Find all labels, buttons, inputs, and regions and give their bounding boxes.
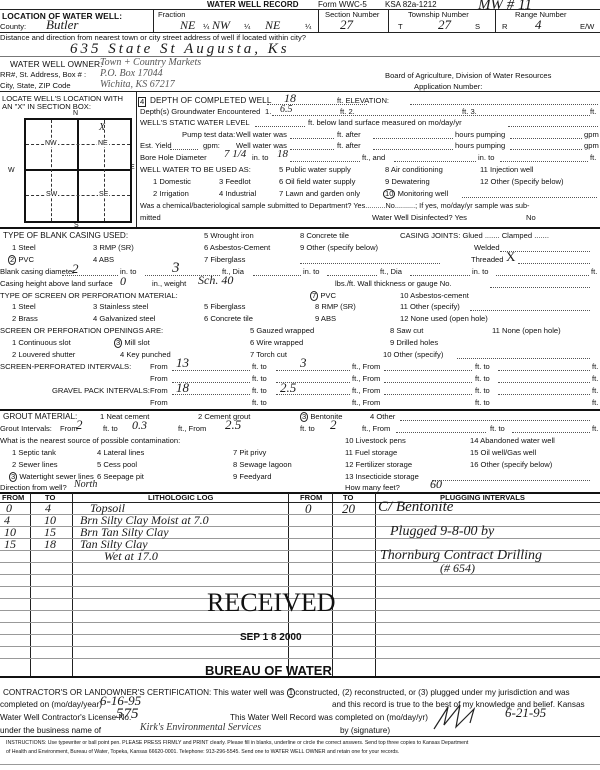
casing-welded: Welded: [474, 244, 500, 252]
gravel-intervals-label: GRAVEL PACK INTERVALS:: [52, 387, 150, 395]
screen-from-2: From: [150, 375, 168, 383]
use-5[interactable]: 5 Public water supply: [279, 166, 351, 174]
grout-intervals-label: Grout Intervals:: [0, 425, 52, 433]
weight-label: in., weight: [152, 280, 186, 288]
gravel-ft-to-1: ft. to: [252, 387, 267, 395]
bore-in-to-2: in. to: [478, 154, 494, 162]
static-unit: ft. below land surface measured on mo/da…: [308, 119, 462, 127]
screen-9[interactable]: 9 ABS: [315, 315, 336, 323]
screen-material-label: TYPE OF SCREEN OR PERFORATION MATERIAL:: [0, 292, 178, 300]
plug-row-1-desc[interactable]: C/ Bentonite: [378, 500, 453, 515]
sample-question-2: mitted: [140, 214, 161, 222]
casing-joints: CASING JOINTS: Glued ....... Clamped ...…: [400, 232, 549, 240]
screen-ft-to-2: ft. to: [252, 375, 267, 383]
depth-label: DEPTH OF COMPLETED WELL: [150, 97, 272, 105]
plug-row-1-from[interactable]: 0: [305, 502, 312, 515]
depth-value[interactable]: 18: [284, 92, 296, 104]
business-label: under the business name of: [0, 727, 101, 735]
contam-9[interactable]: 9 Feedyard: [233, 473, 271, 481]
bore-value[interactable]: 7 1/4: [224, 149, 246, 160]
use-10-number: 10: [383, 189, 395, 199]
diameter-ft-dia-2: ft., Dia: [380, 268, 402, 276]
direction-value[interactable]: North: [74, 480, 97, 490]
owner-value[interactable]: Town + Country Markets: [100, 58, 201, 68]
opening-8[interactable]: 8 Saw cut: [390, 327, 423, 335]
casing-threaded[interactable]: Threaded: [471, 256, 504, 264]
openings-label: SCREEN OR PERFORATION OPENINGS ARE:: [0, 327, 163, 335]
range-prefix: R: [502, 23, 507, 31]
static-label: WELL'S STATIC WATER LEVEL: [140, 119, 250, 127]
casing-3[interactable]: 3 RMP (SR): [93, 244, 134, 252]
casing-2-number: 2: [8, 255, 16, 265]
item-4: 4: [138, 97, 146, 107]
quadrant-nw: NW: [44, 140, 58, 147]
contam-7[interactable]: 7 Pit privy: [233, 449, 266, 457]
gw-1-label: 1.: [265, 108, 271, 116]
grout-ft-from: ft., From: [178, 425, 206, 433]
screen-from-1-value[interactable]: 13: [176, 356, 189, 369]
contam-14[interactable]: 14 Abandoned water well: [470, 437, 555, 445]
use-10-label: Monitoring well: [398, 189, 449, 198]
opening-5[interactable]: 5 Gauzed wrapped: [250, 327, 314, 335]
cert-constructed-selected[interactable]: 1: [287, 688, 296, 698]
yield-gpm-end: gpm: [584, 142, 599, 150]
opening-2[interactable]: 2 Louvered shutter: [12, 351, 75, 359]
casing-pvc-selected[interactable]: 2 PVC: [8, 255, 34, 265]
contam-16[interactable]: 16 Other (specify below): [470, 461, 552, 469]
license-value[interactable]: 575: [116, 707, 139, 722]
gw-1-value[interactable]: 6.5: [280, 105, 293, 115]
completed-label: completed on (mo/day/year): [0, 701, 102, 709]
yield-gpm: gpm:: [203, 142, 220, 150]
township-value[interactable]: 27: [438, 18, 451, 31]
casing-1[interactable]: 1 Steel: [12, 244, 36, 252]
business-value[interactable]: Kirk's Environmental Services: [140, 723, 261, 733]
contam-4[interactable]: 4 Lateral lines: [97, 449, 144, 457]
log-header-lithologic: LITHOLOGIC LOG: [148, 494, 213, 502]
opening-4[interactable]: 4 Key punched: [120, 351, 171, 359]
weight-value[interactable]: Sch. 40: [198, 274, 233, 286]
use-2[interactable]: 2 Irrigation: [153, 190, 189, 198]
yield-hours: hours pumping: [455, 142, 505, 150]
sample-question: Was a chemical/bacteriological sample su…: [140, 202, 529, 209]
screen-ft-to-1b: ft. to: [475, 363, 490, 371]
pump-ft-after: ft. after: [337, 131, 361, 139]
screen-12[interactable]: 12 None used (open hole): [400, 315, 488, 323]
grout-ft-to-3: ft. to: [490, 425, 505, 433]
diameter-in-to-3: in. to: [472, 268, 488, 276]
bore-to-value[interactable]: 18: [277, 149, 288, 160]
screen-ft-2: ft.: [592, 375, 598, 383]
gravel-ft-to-1b: ft. to: [475, 387, 490, 395]
pump-label: Pump test data:: [182, 131, 235, 139]
screen-11[interactable]: 11 Other (specify): [400, 303, 460, 311]
address-label: RR#, St. Address, Box # :: [0, 71, 86, 79]
grout-from-1[interactable]: 2: [76, 418, 83, 431]
opening-7[interactable]: 7 Torch cut: [250, 351, 287, 359]
height-label: Casing height above land surface: [0, 280, 113, 288]
screen-1[interactable]: 1 Steel: [12, 303, 36, 311]
screen-6[interactable]: 6 Concrete tile: [204, 315, 253, 323]
county-value[interactable]: Butler: [46, 18, 79, 31]
bore-ft: ft.: [590, 154, 596, 162]
groundwater-label: Depth(s) Groundwater Encountered: [140, 108, 260, 116]
range-value[interactable]: 4: [535, 18, 542, 31]
screen-5[interactable]: 5 Fiberglass: [204, 303, 245, 311]
diameter-in-to-2: in. to: [303, 268, 319, 276]
grout-ft-end: ft.: [592, 425, 598, 433]
contam-11[interactable]: 11 Fuel storage: [345, 449, 397, 457]
form-number: Form WWC-5: [318, 1, 367, 9]
casing-4[interactable]: 4 ABS: [93, 256, 114, 264]
screen-intervals-label: SCREEN-PERFORATED INTERVALS:: [0, 363, 131, 371]
diameter-ft: ft.: [591, 268, 597, 276]
screen-ft-from-1: ft., From: [352, 363, 380, 371]
contam-13[interactable]: 13 Insecticide storage: [345, 473, 419, 481]
quarter-2: ¼: [244, 23, 250, 31]
opening-mill-slot-selected[interactable]: 3 Mill slot: [114, 338, 150, 348]
county-label: County:: [0, 23, 26, 31]
record-completed-label: This Water Well Record was completed on …: [230, 714, 428, 722]
grout-ft-from-3: ft., From: [362, 425, 390, 433]
yield-ft-after: ft. after: [337, 142, 361, 150]
application-number-label: Application Number:: [414, 83, 482, 91]
range-suffix: E/W: [580, 23, 594, 31]
casing-6[interactable]: 6 Asbestos-Cement: [204, 244, 270, 252]
quarter-1: ¼: [203, 23, 209, 31]
contam-8[interactable]: 8 Sewage lagoon: [233, 461, 292, 469]
opening-1[interactable]: 1 Continuous slot: [12, 339, 71, 347]
quadrant-se: SE: [98, 191, 109, 198]
grout-to-1[interactable]: 0.3: [132, 419, 147, 431]
screen-from-1: From: [150, 363, 168, 371]
township-prefix: T: [398, 23, 403, 31]
statute: KSA 82a-1212: [385, 1, 437, 9]
screen-ft-to-1: ft. to: [252, 363, 267, 371]
address-value[interactable]: P.O. Box 17044: [100, 69, 163, 79]
use-10-selected[interactable]: 10 Monitoring well: [383, 189, 448, 199]
opening-6[interactable]: 6 Wire wrapped: [250, 339, 303, 347]
bore-label: Bore Hole Diameter: [140, 154, 207, 162]
casing-2-label: PVC: [18, 255, 34, 264]
opening-11[interactable]: 11 None (open hole): [492, 327, 561, 335]
log-row-4-from[interactable]: 15: [4, 538, 16, 550]
plug-row-2-desc[interactable]: Plugged 9-8-00 by: [390, 525, 494, 539]
grout-to-2[interactable]: 2: [330, 418, 337, 431]
grout-3-number: 3: [300, 412, 308, 422]
grout-label: GROUT MATERIAL:: [3, 413, 77, 421]
yield-label: Est. Yield: [140, 142, 172, 150]
use-7[interactable]: 7 Lawn and garden only: [279, 190, 360, 198]
grout-ft-to-2: ft. to: [300, 425, 315, 433]
use-1[interactable]: 1 Domestic: [153, 178, 191, 186]
casing-7[interactable]: 7 Fiberglass: [204, 256, 245, 264]
casing-9[interactable]: 9 Other (specify below): [300, 244, 378, 252]
feet-value[interactable]: 60: [430, 478, 442, 490]
fraction-2[interactable]: NW: [212, 19, 230, 31]
use-6[interactable]: 6 Oil field water supply: [279, 178, 355, 186]
contam-1[interactable]: 1 Septic tank: [12, 449, 56, 457]
contam-10[interactable]: 10 Livestock pens: [345, 437, 406, 445]
well-location-mark[interactable]: X: [99, 123, 105, 133]
city-value[interactable]: Wichita, KS 67217: [100, 80, 175, 90]
screen-2[interactable]: 2 Brass: [12, 315, 38, 323]
diameter-value[interactable]: 2: [72, 262, 79, 275]
pump-was-label: Well water was: [236, 131, 287, 139]
use-4[interactable]: 4 Industrial: [219, 190, 256, 198]
use-3[interactable]: 3 Feedlot: [219, 178, 251, 186]
contamination-label: What is the nearest source of possible c…: [0, 437, 180, 445]
pump-gpm: gpm: [584, 131, 599, 139]
signature-field[interactable]: [430, 703, 500, 733]
screen-pvc-selected[interactable]: 7 PVC: [310, 291, 336, 301]
signature-scribble-icon: [430, 703, 500, 733]
city-label: City, State, ZIP Code: [0, 82, 71, 90]
compass-n: N: [73, 110, 78, 117]
gravel-ft-from-1: ft., From: [352, 387, 380, 395]
quarter-3: ¼: [305, 23, 311, 31]
compass-e: E: [130, 164, 135, 171]
gravel-ft-1: ft.: [592, 387, 598, 395]
casing-label: TYPE OF BLANK CASING USED:: [3, 232, 128, 240]
gravel-from-1: From: [150, 387, 168, 395]
opening-10[interactable]: 10 Other (specify): [383, 351, 443, 359]
screen-ft-from-2: ft., From: [352, 375, 380, 383]
quadrant-ne: NE: [97, 140, 109, 147]
grout-from-2[interactable]: 2.5: [225, 418, 241, 431]
screen-ft-1: ft.: [592, 363, 598, 371]
screen-8[interactable]: 8 RMP (SR): [315, 303, 356, 311]
license-label: Water Well Contractor's License No.: [0, 714, 131, 722]
gw-end: ft.: [590, 108, 596, 116]
instructions-1: INSTRUCTIONS: Use typewriter or ball poi…: [6, 741, 468, 746]
board-label: Board of Agriculture, Division of Water …: [385, 72, 551, 80]
section-grid[interactable]: NW NE SW SE X: [24, 118, 132, 223]
signature-label: by (signature): [340, 727, 390, 735]
contam-12[interactable]: 12 Fertilizer storage: [345, 461, 412, 469]
use-8[interactable]: 8 Air conditioning: [385, 166, 443, 174]
gravel-ft-2: ft.: [592, 399, 598, 407]
screen-4[interactable]: 4 Galvanized steel: [93, 315, 155, 323]
form-title: WATER WELL RECORD: [207, 1, 299, 9]
screen-to-1-value[interactable]: 3: [300, 356, 307, 369]
grout-ft-to-1: ft. to: [103, 425, 118, 433]
direction-label: Direction from well?: [0, 484, 67, 492]
log-row-5-desc[interactable]: Wet at 17.0: [104, 550, 158, 562]
instructions-2: of Health and Environment, Bureau of Wat…: [6, 750, 399, 755]
screen-7-number: 7: [310, 291, 318, 301]
use-label: WELL WATER TO BE USED AS:: [140, 166, 251, 174]
weight-unit: lbs./ft. Wall thickness or gauge No.: [335, 280, 452, 288]
gravel-ft-to-2b: ft. to: [475, 399, 490, 407]
log-row-4-to[interactable]: 18: [44, 538, 56, 550]
grout-4[interactable]: 4 Other: [370, 413, 395, 421]
height-value[interactable]: 0: [120, 275, 126, 287]
pump-hours: hours pumping: [455, 131, 505, 139]
cert-line-1a: CONTRACTOR'S OR LANDOWNER'S CERTIFICATIO…: [3, 688, 284, 697]
gravel-from-2: From: [150, 399, 168, 407]
cert-line-1: CONTRACTOR'S OR LANDOWNER'S CERTIFICATIO…: [3, 688, 570, 698]
contam-5[interactable]: 5 Cess pool: [97, 461, 137, 469]
section-number[interactable]: 27: [340, 18, 353, 31]
disinfected-label: Water Well Disinfected? Yes: [372, 214, 467, 222]
screen-ft-to-2b: ft. to: [475, 375, 490, 383]
casing-5[interactable]: 5 Wrought iron: [204, 232, 254, 240]
grout-3-label: Bentonite: [310, 412, 342, 421]
screen-3[interactable]: 3 Stainless steel: [93, 303, 148, 311]
screen-7-label: PVC: [320, 291, 336, 300]
bore-in-to: in. to: [252, 154, 268, 162]
depth-unit: ft. ELEVATION:: [337, 97, 389, 105]
fraction-3[interactable]: NE: [265, 19, 280, 31]
fraction-1[interactable]: NE: [180, 19, 195, 31]
screen-10[interactable]: 10 Asbestos-cement: [400, 292, 469, 300]
use-12[interactable]: 12 Other (Specify below): [480, 178, 564, 186]
gravel-ft-to-2: ft. to: [252, 399, 267, 407]
contam-3-number: 3: [9, 472, 17, 482]
use-9[interactable]: 9 Dewatering: [385, 178, 430, 186]
opening-3-label: Mill slot: [124, 338, 149, 347]
cert-line-1b: constructed, (2) reconstructed, or (3) p…: [295, 688, 569, 697]
received-stamp: RECEIVED: [207, 590, 336, 616]
plug-row-1-to[interactable]: 20: [342, 502, 355, 515]
bureau-stamp: BUREAU OF WATER: [205, 664, 332, 677]
opening-3-number: 3: [114, 338, 122, 348]
owner-label: WATER WELL OWNER:: [10, 60, 103, 68]
bore-ft-and: ft., and: [362, 154, 385, 162]
quadrant-sw: SW: [45, 191, 58, 198]
use-11[interactable]: 11 Injection well: [480, 166, 533, 174]
contam-15[interactable]: 15 Oil well/Gas well: [470, 449, 536, 457]
contam-2[interactable]: 2 Sewer lines: [12, 461, 58, 469]
township-suffix: S: [475, 23, 480, 31]
disinfected-no: No: [526, 214, 536, 222]
record-completed-value[interactable]: 6-21-95: [505, 706, 546, 719]
distance-value[interactable]: 635 State St Augusta, Ks: [70, 42, 290, 57]
threaded-mark: X: [506, 250, 515, 263]
plug-row-4-desc[interactable]: (# 654): [440, 562, 475, 574]
diameter-to-value[interactable]: 3: [172, 261, 180, 276]
feet-label: How many feet?: [345, 484, 400, 492]
received-date: SEP 1 8 2000: [240, 633, 302, 643]
opening-9[interactable]: 9 Drilled holes: [390, 339, 438, 347]
casing-8[interactable]: 8 Concrete tile: [300, 232, 349, 240]
contam-6[interactable]: 6 Seepage pit: [97, 473, 144, 481]
compass-w: W: [8, 167, 15, 174]
gravel-ft-from-2: ft., From: [352, 399, 380, 407]
